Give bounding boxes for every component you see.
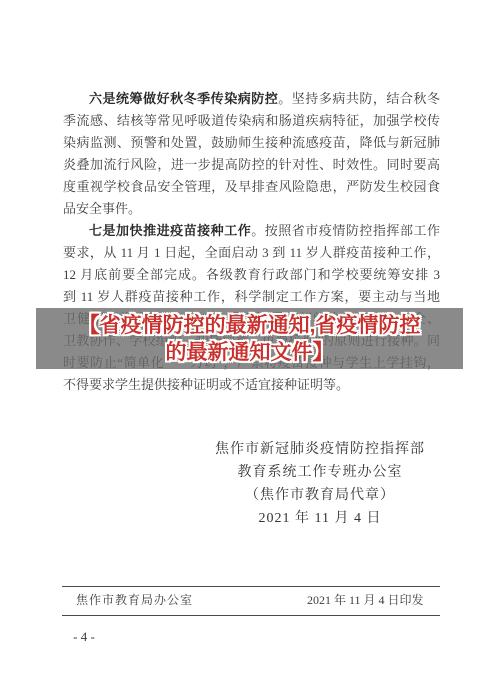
footer-rule-bottom	[62, 615, 440, 616]
paragraph-six-line-1-rest: 。坚持多病共防，结合秋冬	[278, 91, 440, 106]
caption-line-2: 的最新通知文件】	[166, 339, 334, 366]
footer-rule-top	[62, 586, 440, 587]
paragraph-seven-line-8: 不得要求学生提供接种证明或不适宜接种证明等。	[63, 374, 440, 396]
paragraph-seven-heading: 七是加快推进疫苗接种工作	[89, 223, 251, 238]
paragraph-six-line-4: 炎叠加流行风险，进一步提高防控的针对性、时效性。同时要高	[63, 154, 440, 176]
scanned-notice-page: 六是统筹做好秋冬季传染病防控。坚持多病共防，结合秋冬 季流感、结核等常见呼吸道传…	[0, 0, 500, 676]
paragraph-six-line-6: 品安全事件。	[63, 198, 440, 220]
paragraph-six-line-3: 染病监测、预警和处置，鼓励师生接种流感疫苗，降低与新冠肺	[63, 132, 440, 154]
paragraph-six-line-1: 六是统筹做好秋冬季传染病防控。坚持多病共防，结合秋冬	[63, 88, 440, 110]
footer-print-date: 2021 年 11 月 4 日印发	[307, 593, 424, 608]
paragraph-seven-line-4: 到 11 岁人群疫苗接种工作，科学制定工作方案，要主动与当地	[63, 286, 440, 308]
signature-org-line-1: 焦作市新冠肺炎疫情防控指挥部	[150, 438, 490, 461]
caption-overlay-band: 【省疫情防控的最新通知,省疫情防控 的最新通知文件】	[36, 308, 463, 369]
paragraph-six-heading: 六是统筹做好秋冬季传染病防控	[89, 91, 278, 106]
paragraph-seven-line-3: 12 月底前要全部完成。各级教育行政部门和学校要统筹安排 3	[63, 264, 440, 286]
footer-issuer: 焦作市教育局办公室	[76, 593, 193, 608]
paragraph-seven-line-2: 要求，从 11 月 1 日起，全面启动 3 到 11 岁人群疫苗接种工作，	[63, 242, 440, 264]
paragraph-six-line-2: 季流感、结核等常见呼吸道传染病和肠道疾病特征，加强学校传	[63, 110, 440, 132]
paragraph-seven-line-1: 七是加快推进疫苗接种工作。按照省市疫情防控指挥部工作	[63, 220, 440, 242]
paragraph-seven-line-1-rest: 。按照省市疫情防控指挥部工作	[251, 223, 440, 238]
signature-seal-note: （焦作市教育局代章）	[150, 484, 490, 507]
caption-line-1: 【省疫情防控的最新通知,省疫情防控	[79, 312, 421, 339]
page-number: - 4 -	[63, 629, 105, 645]
paragraph-six-line-5: 度重视学校食品安全管理，及早排查风险隐患，严防发生校园食	[63, 176, 440, 198]
signature-block: 焦作市新冠肺炎疫情防控指挥部 教育系统工作专班办公室 （焦作市教育局代章） 20…	[150, 438, 490, 530]
signature-org-line-2: 教育系统工作专班办公室	[150, 461, 490, 484]
signature-date: 2021 年 11 月 4 日	[150, 507, 490, 530]
